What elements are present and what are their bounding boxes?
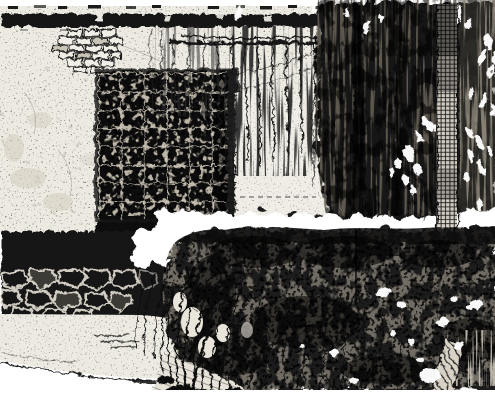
crosshatched-post bbox=[436, 4, 457, 234]
wall-top-band bbox=[0, 12, 343, 26]
artwork-figure: Untitled garden etching bbox=[0, 0, 495, 400]
artwork-stage: Untitled garden etching bbox=[0, 0, 495, 400]
bottom-paper-margin bbox=[0, 390, 495, 400]
right-edge-streaks bbox=[458, 0, 495, 212]
etching-svg: Untitled garden etching bbox=[0, 0, 495, 400]
foreground-shrub bbox=[135, 222, 495, 400]
